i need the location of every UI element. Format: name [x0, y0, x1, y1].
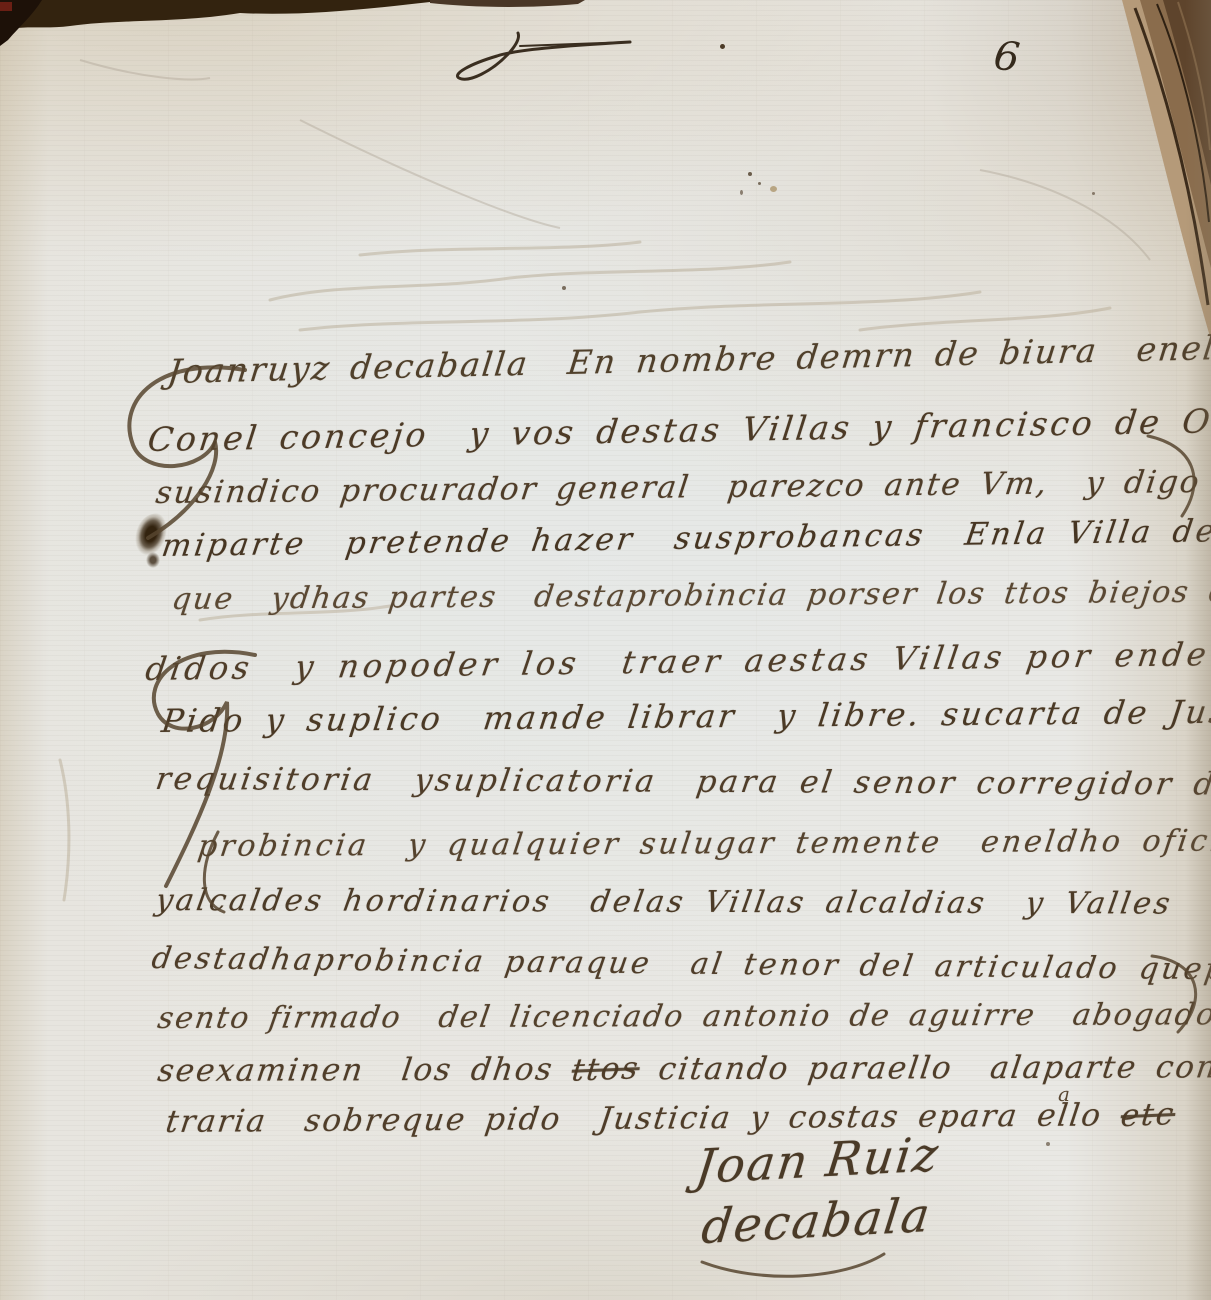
torn-top-edge-corner [0, 0, 42, 46]
manuscript-line: destadhaprobincia paraque al tenor del a… [149, 941, 1211, 988]
ink-speck [562, 286, 566, 290]
folio-number: 6 [991, 33, 1022, 82]
manuscript-line: Joanruyz decaballa En nombre demrn de bi… [166, 325, 1211, 391]
manuscript-line: susindico procurador general parezco ant… [154, 462, 1211, 511]
signature-swash [702, 1254, 884, 1276]
struck-word: ttos [570, 1050, 641, 1089]
page-curvature-shadow [1185, 0, 1211, 1300]
manuscript-line: seexaminen los dhos ttos citando paraell… [156, 1049, 1211, 1089]
line-text: citando paraello alaparte con [637, 1049, 1211, 1087]
manuscript-line: miparte pretende hazer susprobancas Enla… [159, 511, 1211, 564]
line-text: traria sobreque pido Justicia y costas e… [164, 1097, 1124, 1140]
red-fiber [0, 2, 12, 11]
manuscript-line: Conel concejo y vos destas Villas y fran… [146, 398, 1211, 459]
rubric-flourish [520, 42, 630, 46]
manuscript-page: 6 Joanruyz decaballa En nombre demrn de … [0, 0, 1211, 1300]
ink-speck [770, 186, 777, 192]
torn-top-edge [430, 0, 585, 7]
manuscript-line: probincia y qualquier sulugar temente en… [196, 824, 1211, 865]
ink-speck [758, 182, 761, 185]
line-text: seexaminen los dhos [156, 1052, 575, 1089]
ink-speck [1046, 1142, 1050, 1146]
ink-speck [740, 190, 743, 195]
torn-top-edge [0, 0, 430, 34]
ink-speck [1092, 192, 1095, 195]
signature-line-2: decabala [699, 1188, 935, 1255]
manuscript-line: sento firmado del licenciado antonio de … [155, 997, 1211, 1036]
rubric-flourish [457, 33, 630, 79]
ink-blot [146, 552, 160, 568]
manuscript-line: que ydhas partes destaprobincia porser l… [170, 574, 1211, 617]
ink-speck [748, 172, 752, 176]
signature-line-1: Joan Ruiz [693, 1127, 943, 1195]
struck-word: etc [1119, 1096, 1177, 1134]
manuscript-line: yalcaldes hordinarios delas Villas alcal… [153, 883, 1175, 922]
manuscript-line: traria sobreque pido Justicia y costas e… [164, 1097, 1178, 1140]
insert-mark: a [1058, 1082, 1070, 1106]
ink-speck [720, 44, 725, 49]
manuscript-line: Pido y suplico mande librar y libre. suc… [159, 692, 1211, 740]
faint-arcs [80, 60, 1150, 260]
manuscript-line: didos y nopoder los traer aestas Villas … [143, 633, 1211, 688]
manuscript-line: requisitoria ysuplicatoria para el senor… [153, 761, 1211, 803]
